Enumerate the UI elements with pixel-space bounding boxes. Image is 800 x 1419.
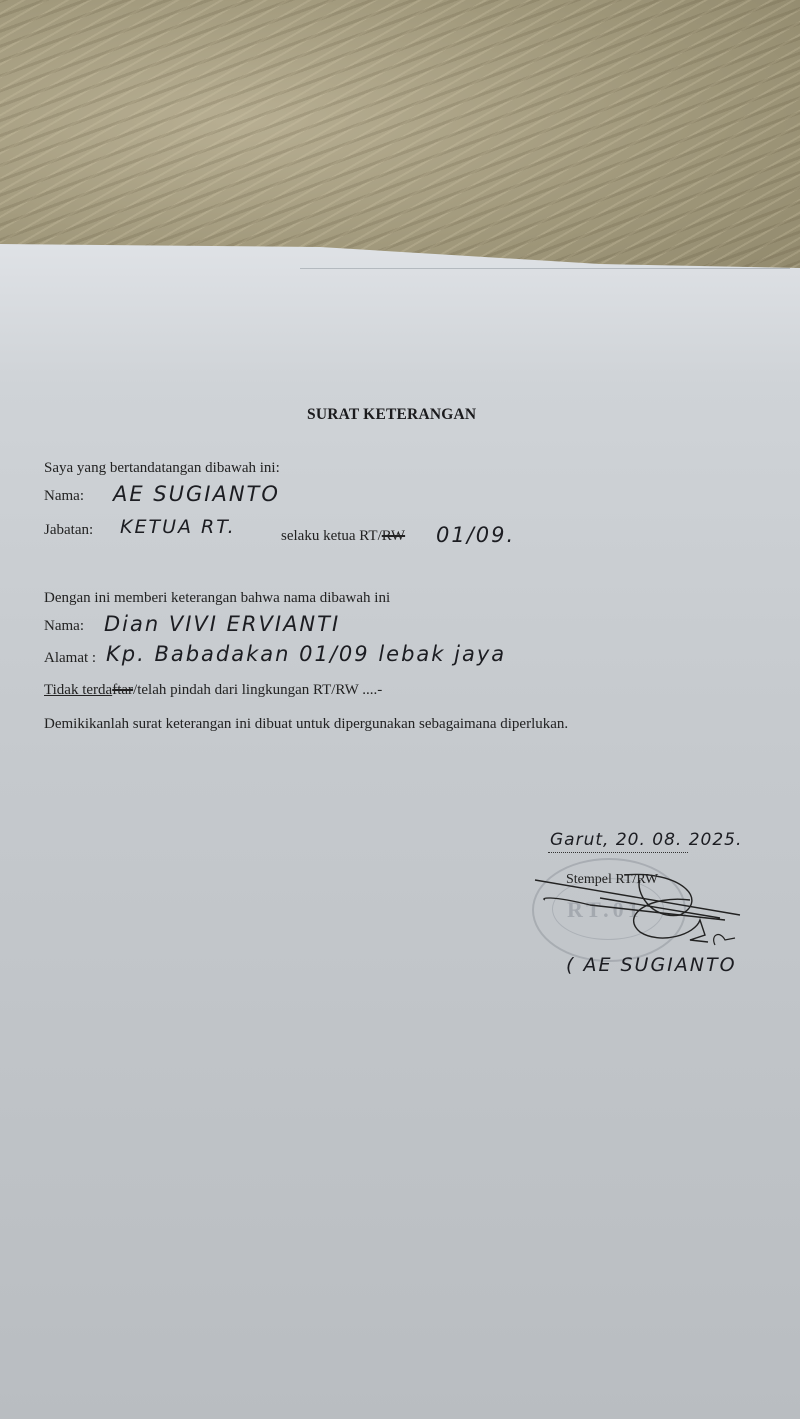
signer-name-label: Nama: [44,488,84,505]
status-kept: Tidak terda [44,682,112,698]
status-struck: ftar [112,682,133,698]
status-line: Tidak terdaftar/telah pindah dari lingku… [44,682,382,699]
signer-position-label: Jabatan: [44,522,93,539]
subject-name-label: Nama: [44,618,84,635]
document-title: SURAT KETERANGAN [307,406,476,424]
statement-text: Dengan ini memberi keterangan bahwa nama… [44,590,390,607]
subject-address-label: Alamat : [44,650,96,667]
signer-position-value: KETUA RT. [120,516,236,538]
signature-name: ( AE SUGIANTO [566,954,737,976]
signer-role-line: selaku ketua RT/RW [281,528,405,545]
intro-text: Saya yang bertandatangan dibawah ini: [44,460,280,477]
role-struck: RW [382,528,405,544]
date-line: Garut, 20. 08. 2025. [550,830,742,850]
subject-name-value: Dian VIVI ERVIANTI [104,612,340,636]
date-dotted-line [548,852,688,853]
paper-edge [300,268,790,275]
closing-text: Demikikanlah surat keterangan ini dibuat… [44,716,568,733]
rt-rw-value: 01/09. [436,523,515,547]
status-fill: - [377,682,382,698]
role-text: selaku ketua RT/ [281,528,382,544]
signer-name-value: AE SUGIANTO [113,482,280,506]
status-rest: /telah pindah dari lingkungan RT/RW .... [133,682,377,698]
subject-address-value: Kp. Babadakan 01/09 lebak jaya [106,642,506,666]
